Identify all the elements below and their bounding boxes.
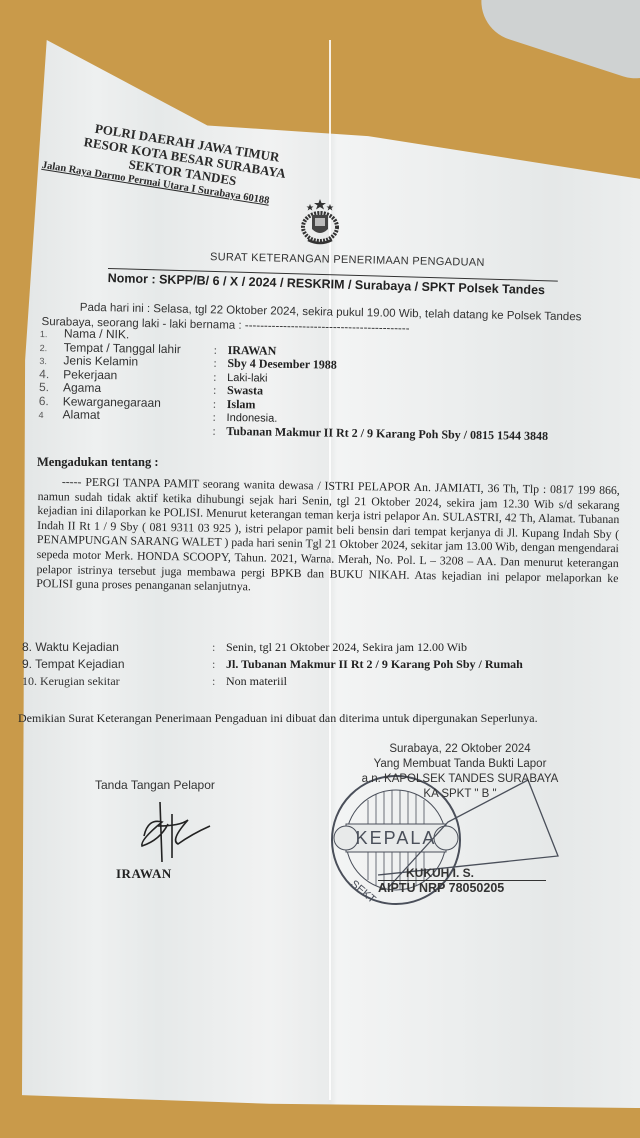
fact-row: 9. Tempat Kejadian : Jl. Tubanan Makmur …	[22, 657, 582, 674]
reporter-identity-fields: 1. Nama / NIK. 2. Tempat / Tanggal lahir…	[38, 326, 600, 443]
fact-row: 10. Kerugian sekitar : Non materiil	[22, 674, 582, 691]
complaint-body: ----- PERGI TANPA PAMIT seorang wanita d…	[36, 474, 620, 600]
officer-rank-nrp: AIPTU NRP 78050205	[378, 881, 546, 895]
field-number: 2.	[40, 342, 64, 352]
stamp-text: KEPALA	[356, 828, 437, 848]
complaint-heading: Mengadukan tentang :	[37, 455, 159, 470]
sign-line-on-behalf: a.n. KAPOLSEK TANDES SURABAYA	[350, 772, 570, 787]
document-number: Nomor : SKPP/B/ 6 / X / 2024 / RESKRIM /…	[108, 268, 558, 298]
field-number: 5.	[39, 380, 63, 394]
sign-line-position: KA SPKT " B "	[350, 787, 570, 802]
fact-row: 8. Waktu Kejadian : Senin, tgl 21 Oktobe…	[22, 640, 582, 657]
field-value-religion: Islam	[227, 396, 256, 411]
letterhead: POLRI DAERAH JAWA TIMUR RESOR KOTA BESAR…	[51, 115, 317, 215]
fact-value-time: Senin, tgl 21 Oktober 2024, Sekira jam 1…	[226, 640, 467, 655]
field-number: 6.	[39, 393, 63, 407]
field-number: 3.	[39, 356, 63, 366]
police-emblem-icon	[300, 198, 340, 246]
reporter-name: IRAWAN	[116, 866, 172, 882]
sign-place-date: Surabaya, 22 Oktober 2024	[350, 742, 570, 757]
closing-statement: Demikian Surat Keterangan Penerimaan Pen…	[18, 711, 538, 726]
complaint-receipt-letter: POLRI DAERAH JAWA TIMUR RESOR KOTA BESAR…	[0, 0, 640, 1138]
field-value-birth: Sby 4 Desember 1988	[227, 356, 337, 373]
complaint-text: ----- PERGI TANPA PAMIT seorang wanita d…	[36, 474, 620, 593]
field-number: 1.	[40, 329, 64, 339]
fact-value-loss: Non materiil	[226, 674, 287, 689]
fact-label: 10. Kerugian sekitar	[22, 674, 212, 689]
reporter-signature-caption: Tanda Tangan Pelapor	[95, 778, 215, 792]
field-label: Alamat	[63, 407, 213, 423]
fact-label: 9. Tempat Kejadian	[22, 657, 212, 671]
sign-line-maker: Yang Membuat Tanda Bukti Lapor	[350, 757, 570, 772]
field-number: 4	[39, 410, 63, 420]
reporter-signature-icon	[130, 800, 220, 865]
incident-facts: 8. Waktu Kejadian : Senin, tgl 21 Oktobe…	[22, 640, 582, 691]
officer-name: KUKUH I. S.	[378, 866, 546, 881]
svg-text:SEKT: SEKT	[348, 878, 378, 906]
fact-value-place: Jl. Tubanan Makmur II Rt 2 / 9 Karang Po…	[226, 657, 523, 672]
official-signature-block: Surabaya, 22 Oktober 2024 Yang Membuat T…	[350, 742, 570, 802]
officer-identity: KUKUH I. S. AIPTU NRP 78050205	[378, 866, 546, 895]
document-title: SURAT KETERANGAN PENERIMAAN PENGADUAN	[210, 251, 485, 269]
field-number: 4.	[39, 366, 63, 380]
fact-label: 8. Waktu Kejadian	[22, 640, 212, 654]
